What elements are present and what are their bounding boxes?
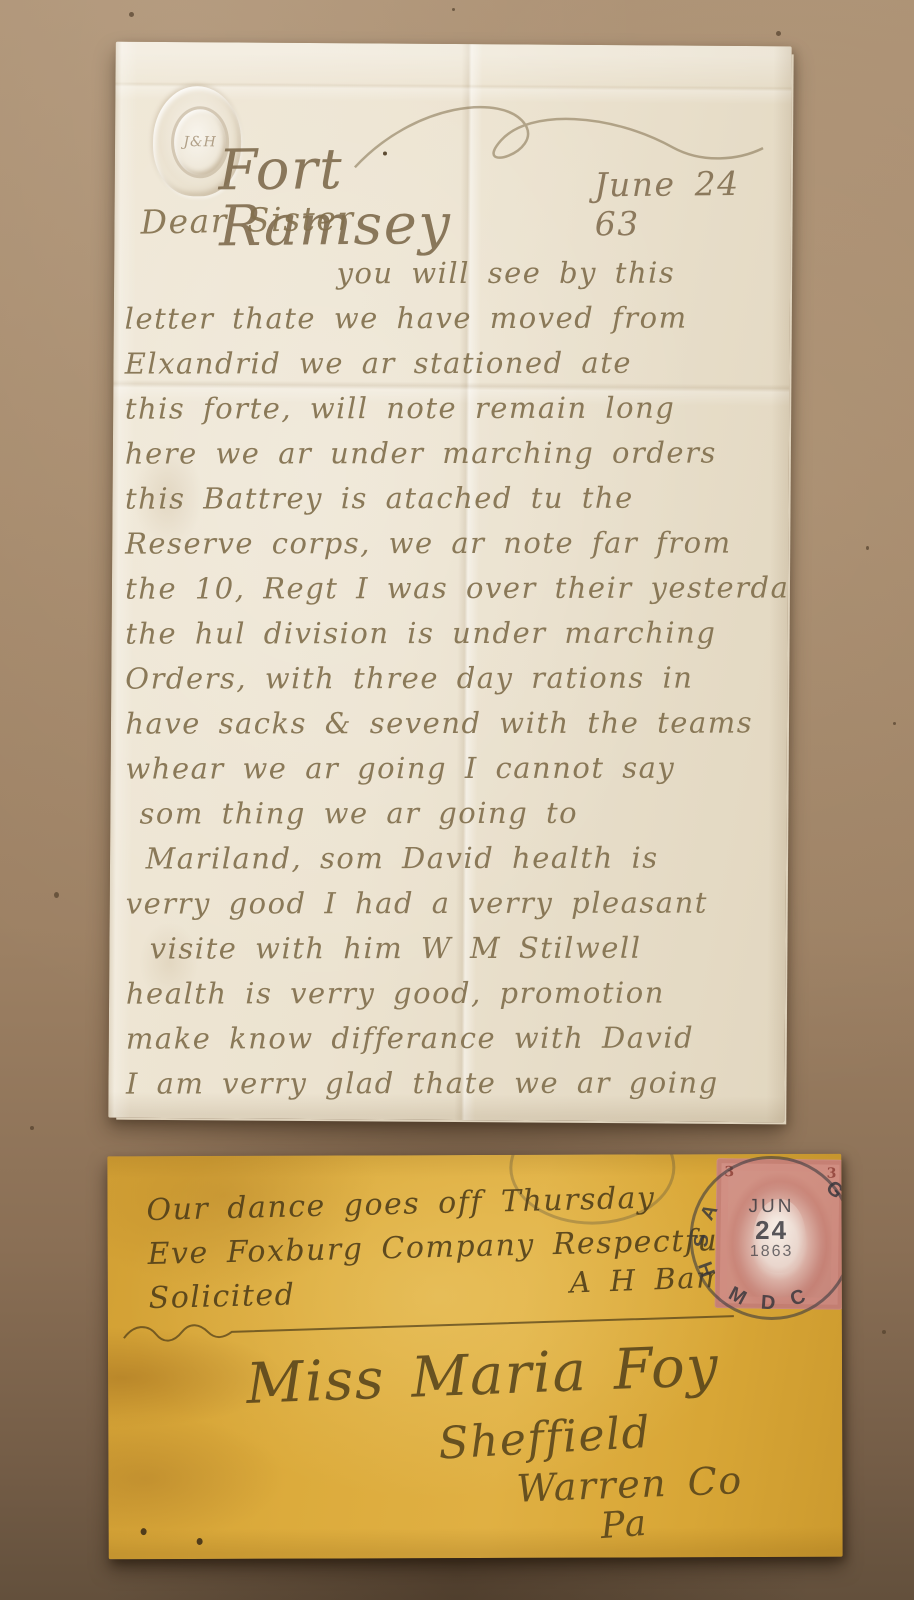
letter-line: whear we ar going I cannot say [125,750,780,796]
letter-line: som thing we ar going to [125,795,780,841]
cardboard-speck [30,1126,34,1130]
postmark-ring-letter: C [788,1285,809,1311]
cardboard-speck [776,31,781,36]
envelope-pinhole [141,1528,147,1535]
envelope-pinhole [197,1538,203,1545]
cardboard-speck [882,1330,886,1334]
letter-line: I am verry glad thate we ar going [126,1065,781,1111]
address-state: Pa [599,1503,649,1547]
letter-line: Elxandrid we ar stationed ate [125,345,780,391]
letter-line: Orders, with three day rations in [125,660,780,706]
photo-of-letter-and-envelope: J&H Fort Ramsey June 24 63 Dear Sister y… [0,0,914,1600]
postmark-day: 24 [693,1217,843,1245]
letter-line: Reserve corps, we ar note far from [125,525,780,571]
yellow-envelope: Our dance goes off Thursday Eve Foxburg … [107,1154,842,1560]
letter-line: Mariland, som David health is [126,840,781,886]
letter-line: this forte, will note remain long [125,390,780,436]
cardboard-speck [893,722,896,725]
cardboard-speck [866,546,869,550]
postmark-date: JUN 24 1863 [692,1197,842,1262]
letter-line: the hul division is under marching [125,615,780,661]
cardboard-speck [54,892,59,898]
address-town: Sheffield [437,1407,652,1470]
handwritten-letter-sheet: J&H Fort Ramsey June 24 63 Dear Sister y… [108,42,791,1123]
letter-line: have sacks & sevend with the teams [125,705,780,751]
postmark-year: 1863 [693,1244,843,1261]
circular-postmark: A S H G M D C JUN 24 1863 [689,1156,842,1321]
letter-line: here we ar under marching orders [125,435,780,481]
letter-line: visite with him W M Stilwell [126,930,781,976]
letter-line: you will see by this [125,255,780,301]
letter-line: health is verry good, promotion [126,975,781,1021]
cardboard-speck [129,12,134,17]
letter-salutation: Dear Sister [140,199,355,242]
address-county: Warren Co [516,1458,744,1511]
letter-line: make know differance with David [126,1020,781,1066]
letter-line: letter thate we have moved from [125,300,780,346]
ink-dot [383,152,387,156]
letter-line: this Battrey is atached tu the [125,480,780,526]
postmark-ring-letter: M [724,1283,749,1311]
letter-line: verry good I had a verry pleasant [126,885,781,931]
letter-body: you will see by this letter thate we hav… [125,255,781,1111]
heading-date: June 24 63 [594,163,791,243]
letter-line: the 10, Regt I was over their yesterday [125,570,780,616]
cardboard-speck [452,8,455,11]
seal-monogram: J&H [183,134,216,150]
postmark-ring-letter: D [760,1292,776,1316]
